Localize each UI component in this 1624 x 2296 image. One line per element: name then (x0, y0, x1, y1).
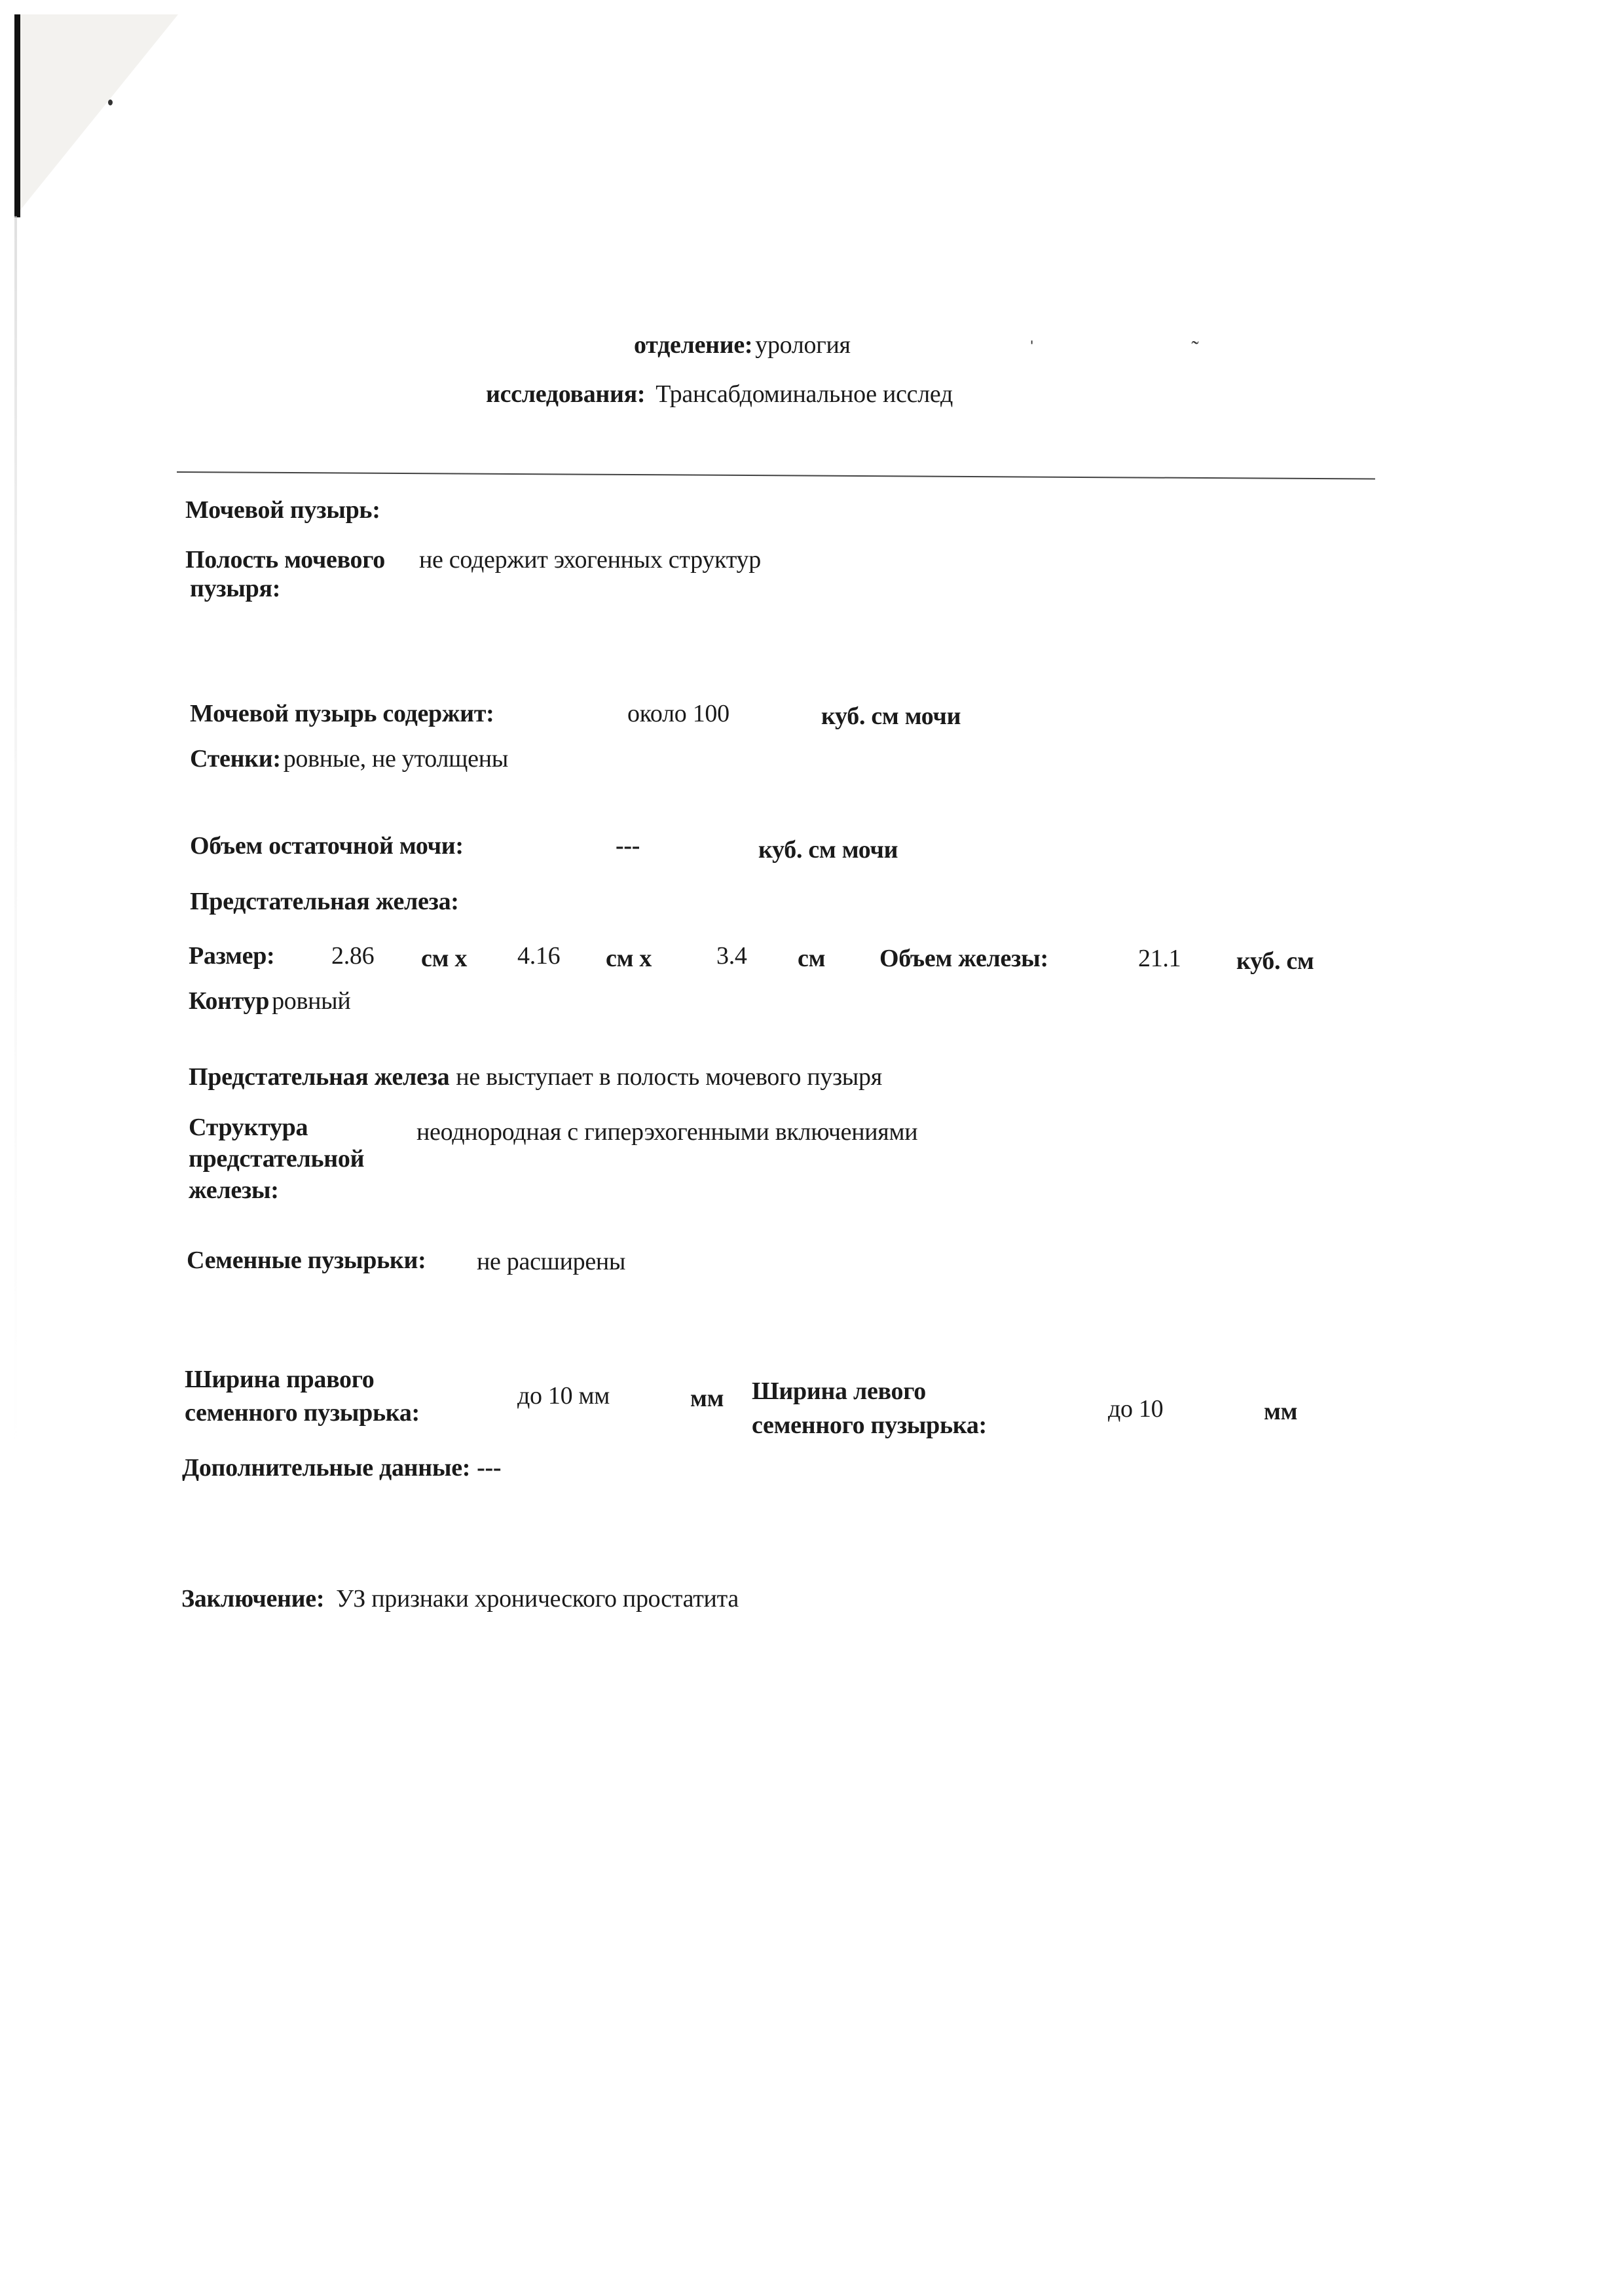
prostate-contour-row: Контур ровный (189, 987, 350, 1015)
prostate-structure-value: неоднородная с гиперэхогенными включения… (416, 1118, 917, 1146)
study-row: исследования: Трансабдоминальное исслед (486, 380, 953, 409)
residual-urine-label: Объем остаточной мочи: (190, 831, 464, 860)
prostate-dim1: 2.86 (331, 941, 374, 970)
conclusion-row: Заключение: УЗ признаки хронического про… (181, 1584, 739, 1613)
prostate-dim3-unit: см (798, 944, 825, 973)
left-vesicle-label-2: семенного пузырька: (752, 1411, 987, 1440)
seminal-vesicles-value: не расширены (477, 1247, 625, 1276)
prostate-structure-label-3: железы: (189, 1176, 279, 1205)
right-vesicle-label-1: Ширина правого (185, 1365, 374, 1394)
study-label: исследования: (486, 380, 645, 408)
seminal-vesicles-label: Семенные пузырьки: (187, 1246, 426, 1275)
right-vesicle-unit: мм (690, 1384, 724, 1413)
conclusion-value: УЗ признаки хронического простатита (336, 1585, 739, 1613)
left-vesicle-unit: мм (1264, 1397, 1297, 1426)
prostate-dim2: 4.16 (517, 941, 560, 970)
redacted-marks: ˈ ˜ (1028, 337, 1199, 362)
folded-page-corner (14, 14, 178, 217)
right-vesicle-label-2: семенного пузырька: (185, 1398, 420, 1427)
conclusion-label: Заключение: (181, 1585, 324, 1613)
additional-data-label: Дополнительные данные: (182, 1454, 470, 1482)
additional-data-row: Дополнительные данные: --- (182, 1453, 501, 1482)
prostate-contour-value: ровный (272, 987, 350, 1015)
prostate-protrusion-row: Предстательная железа не выступает в пол… (189, 1063, 882, 1091)
prostate-contour-label: Контур (189, 987, 269, 1015)
prostate-protrusion-label: Предстательная железа (189, 1063, 449, 1091)
study-value: Трансабдоминальное исслед (655, 380, 953, 408)
prostate-structure-label-1: Структура (189, 1113, 308, 1142)
residual-urine-unit: куб. см мочи (758, 835, 898, 864)
prostate-dim3: 3.4 (716, 941, 747, 970)
scan-shadow-edge (14, 14, 20, 217)
bladder-cavity-label-1: Полость мочевого (185, 545, 385, 574)
bladder-walls-label: Стенки: (190, 745, 281, 773)
bladder-cavity-value: не содержит эхогенных структур (419, 545, 761, 574)
additional-data-value: --- (477, 1454, 501, 1482)
prostate-volume-value: 21.1 (1138, 944, 1181, 973)
prostate-protrusion-value: не выступает в полость мочевого пузыря (456, 1063, 882, 1091)
left-vesicle-label-1: Ширина левого (752, 1377, 926, 1406)
bladder-contains-label: Мочевой пузырь содержит: (190, 699, 494, 728)
right-vesicle-value: до 10 мм (517, 1381, 610, 1410)
left-vesicle-value: до 10 (1108, 1394, 1163, 1423)
bladder-contains-unit: куб. см мочи (821, 702, 961, 731)
prostate-size-label: Размер: (189, 941, 274, 970)
bladder-cavity-label-2: пузыря: (190, 574, 280, 603)
bladder-section-title: Мочевой пузырь: (185, 496, 380, 524)
bladder-walls-value: ровные, не утолщены (284, 745, 508, 773)
prostate-dim1-unit: см x (421, 944, 467, 973)
bladder-walls-row: Стенки: ровные, не утолщены (190, 744, 508, 773)
prostate-section-title: Предстательная железа: (190, 887, 459, 916)
prostate-dim2-unit: см x (606, 944, 652, 973)
header-divider (177, 471, 1375, 480)
prostate-volume-unit: куб. см (1236, 947, 1314, 975)
department-row: отделение: урология (634, 331, 851, 359)
department-value: урология (755, 331, 850, 359)
department-label: отделение: (634, 331, 752, 359)
residual-urine-value: --- (616, 831, 640, 860)
scan-left-edge (14, 216, 17, 1460)
prostate-volume-label: Объем железы: (879, 944, 1048, 973)
prostate-structure-label-2: предстательной (189, 1144, 364, 1173)
bladder-contains-value: около 100 (627, 699, 729, 728)
scan-speck (108, 100, 113, 105)
